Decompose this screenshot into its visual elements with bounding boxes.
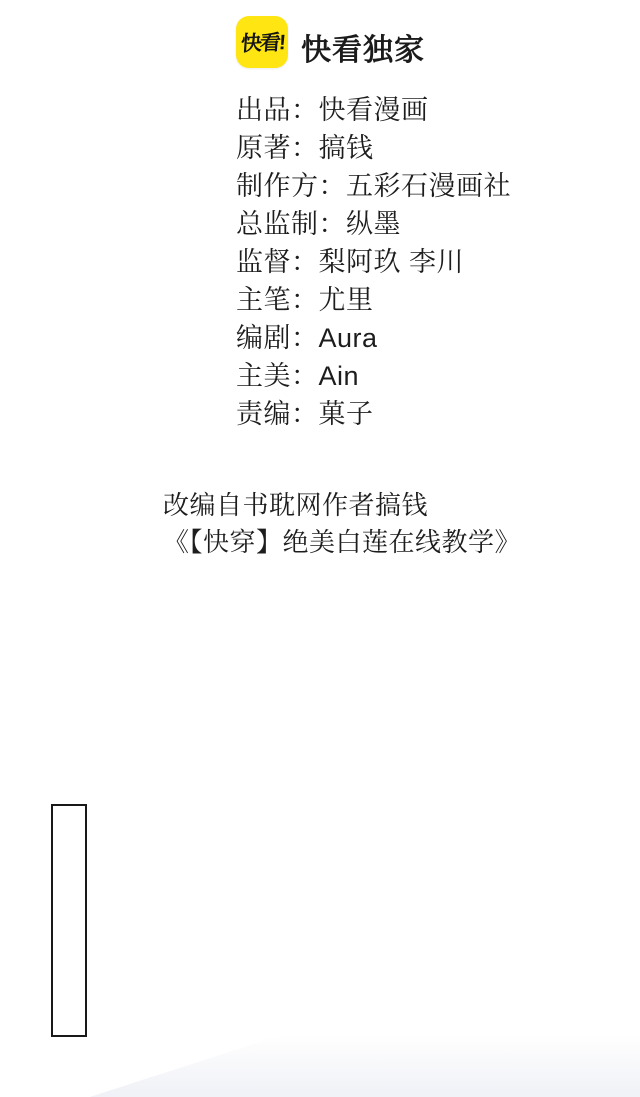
credit-line-publisher: 出品：快看漫画 bbox=[236, 91, 511, 129]
credit-line-studio: 制作方：五彩石漫画社 bbox=[236, 167, 511, 205]
credit-line-art-director: 主美：Ain bbox=[236, 357, 511, 395]
credit-line-chief: 总监制：纵墨 bbox=[236, 205, 511, 243]
empty-panel-frame bbox=[51, 804, 87, 1037]
credit-line-supervisor: 监督：梨阿玖 李川 bbox=[236, 243, 511, 281]
kuaikan-logo-wordmark: 快看! bbox=[239, 26, 284, 57]
credit-line-original: 原著：搞钱 bbox=[236, 129, 511, 167]
adaptation-title-line: 《【快穿】绝美白莲在线教学》 bbox=[163, 524, 521, 561]
credit-line-scriptwriter: 编剧：Aura bbox=[236, 319, 511, 357]
next-panel-shade bbox=[0, 1035, 640, 1097]
comic-credits-page: 快看! 快看独家 出品：快看漫画 原著：搞钱 制作方：五彩石漫画社 总监制：纵墨… bbox=[0, 0, 640, 1097]
credit-line-editor: 责编：菓子 bbox=[236, 395, 511, 433]
credit-line-lead-artist: 主笔：尤里 bbox=[236, 281, 511, 319]
adaptation-note: 改编自书耽网作者搞钱 《【快穿】绝美白莲在线教学》 bbox=[163, 487, 521, 561]
adaptation-source-line: 改编自书耽网作者搞钱 bbox=[163, 487, 521, 524]
credits-list: 出品：快看漫画 原著：搞钱 制作方：五彩石漫画社 总监制：纵墨 监督：梨阿玖 李… bbox=[236, 91, 511, 433]
brand-title: 快看独家 bbox=[301, 25, 425, 69]
kuaikan-logo: 快看! bbox=[236, 16, 288, 68]
